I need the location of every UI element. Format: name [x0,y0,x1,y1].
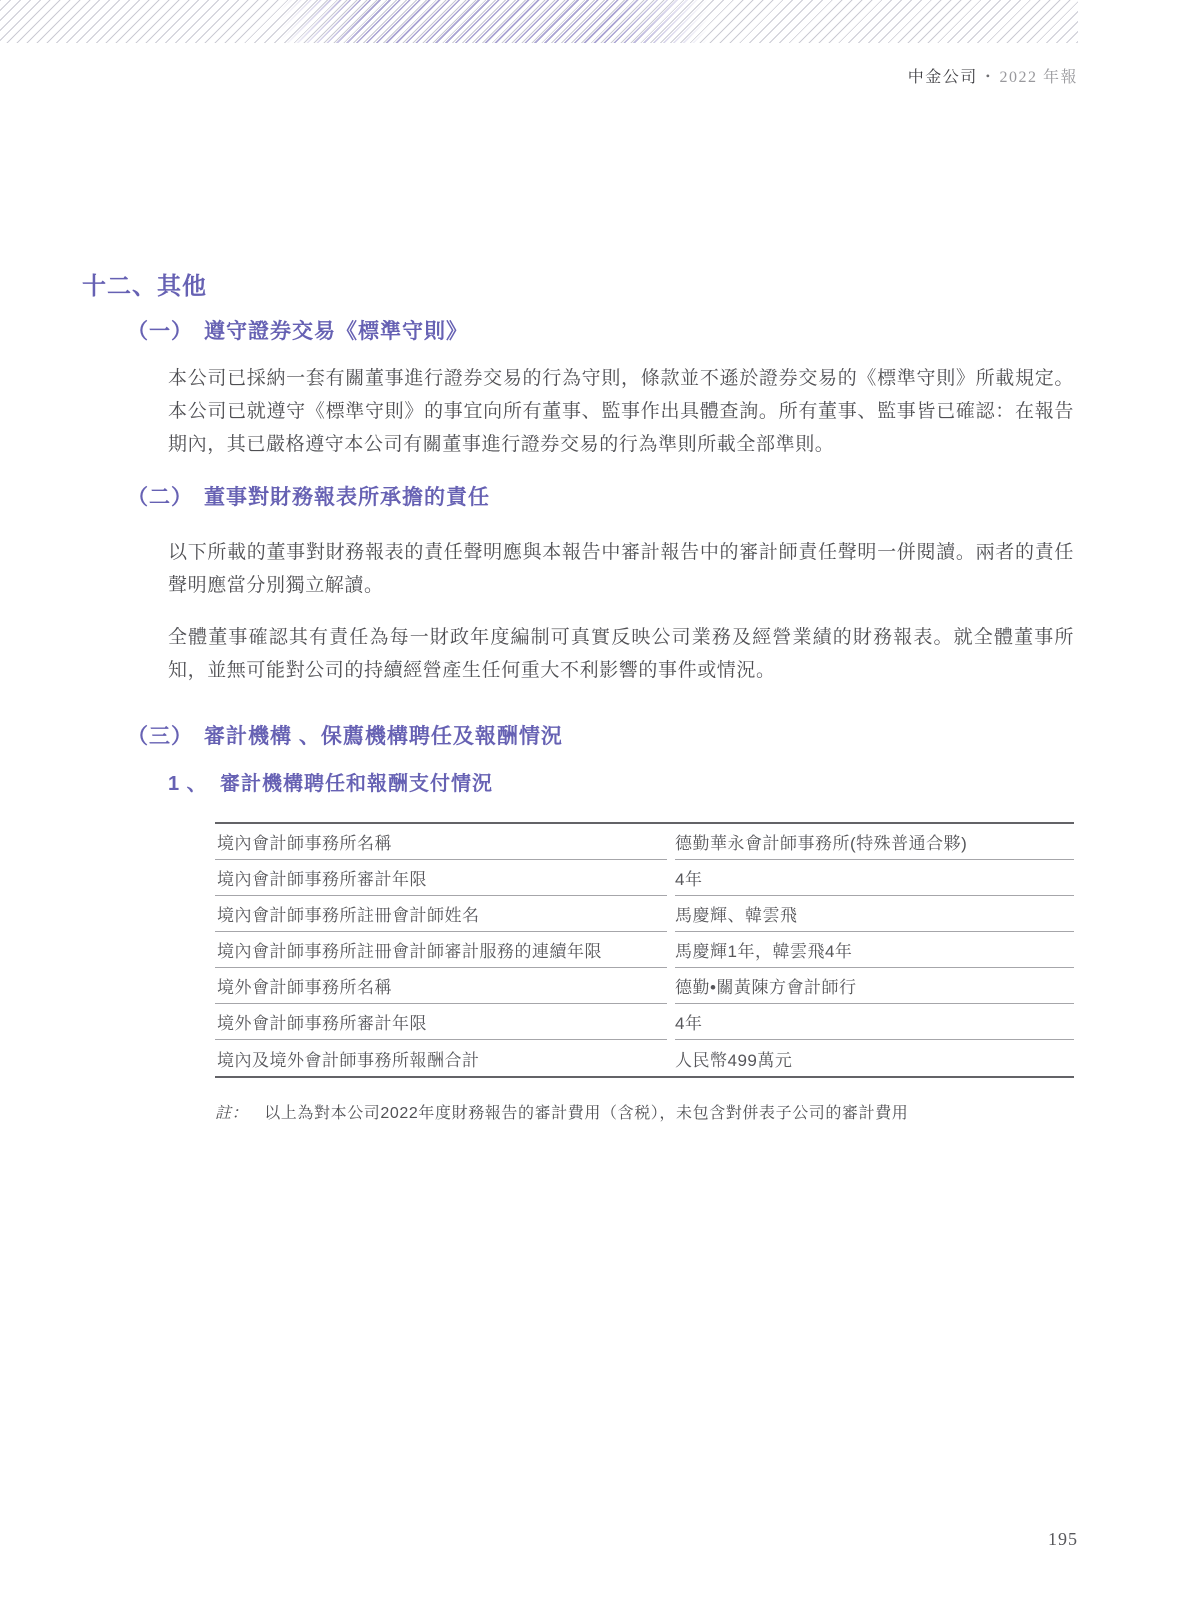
table-row-value: 馬慶輝1年，韓雲飛4年 [675,932,1074,968]
section2-paragraph-1: 以下所載的董事對財務報表的責任聲明應與本報告中審計報告中的審計師責任聲明一併閱讀… [168,536,1074,602]
decorative-hatch-band-purple [280,0,710,43]
report-edition: 2022 年報 [999,69,1078,86]
table-row-value: 馬慶輝、韓雲飛 [675,896,1074,932]
table-row: 境內會計師事務所註冊會計師審計服務的連續年限 馬慶輝1年，韓雲飛4年 [215,932,1074,968]
page-number: 195 [0,1529,1078,1550]
section2-number: （二） [127,481,193,511]
section1-number: （一） [127,315,193,345]
table-row-label: 境內會計師事務所註冊會計師姓名 [215,896,667,932]
section1-paragraph: 本公司已採納一套有關董事進行證券交易的行為守則，條款並不遜於證券交易的《標準守則… [168,362,1074,461]
footnote-label: 註： [215,1105,248,1122]
company-name: 中金公司 [908,69,978,86]
footnote-text: 以上為對本公司2022年度財務報告的審計費用（含税），未包含對併表子公司的審計費… [264,1105,908,1122]
section3-heading: （三） 審計機構 、保薦機構聘任及報酬情況 [127,720,563,750]
audit-firm-table: 境內會計師事務所名稱 德勤華永會計師事務所(特殊普通合夥) 境內會計師事務所審計… [215,822,1074,1078]
table-row: 境內及境外會計師事務所報酬合計 人民幣499萬元 [215,1040,1074,1076]
section2-heading: （二） 董事對財務報表所承擔的責任 [127,481,490,511]
table-row-value: 德勤華永會計師事務所(特殊普通合夥) [675,824,1074,860]
table-row-label: 境內會計師事務所審計年限 [215,860,667,896]
table-row: 境內會計師事務所註冊會計師姓名 馬慶輝、韓雲飛 [215,896,1074,932]
subsection1-heading: 1 、審計機構聘任和報酬支付情況 [168,767,493,796]
table-row: 境外會計師事務所審計年限 4年 [215,1004,1074,1040]
section1-heading: （一） 遵守證券交易《標準守則》 [127,315,468,345]
section1-title: 遵守證券交易《標準守則》 [204,315,468,345]
table-row-label: 境外會計師事務所名稱 [215,968,667,1004]
table-row-value: 4年 [675,860,1074,896]
table-row-value: 人民幣499萬元 [675,1040,1074,1076]
header-bullet-separator: • [986,69,992,83]
subsection1-title: 審計機構聘任和報酬支付情況 [220,773,493,795]
section2-paragraph-2: 全體董事確認其有責任為每一財政年度編制可真實反映公司業務及經營業績的財務報表。就… [168,621,1074,687]
table-footnote: 註：以上為對本公司2022年度財務報告的審計費用（含税），未包含對併表子公司的審… [215,1100,1075,1123]
table-row-value: 4年 [675,1004,1074,1040]
page-header: 中金公司•2022 年報 [0,64,1078,87]
table-row-value: 德勤•關黃陳方會計師行 [675,968,1074,1004]
table-row: 境外會計師事務所名稱 德勤•關黃陳方會計師行 [215,968,1074,1004]
table-row-label: 境外會計師事務所審計年限 [215,1004,667,1040]
decorative-hatch-band [0,0,1078,43]
section3-number: （三） [127,720,193,750]
table-row-label: 境內會計師事務所名稱 [215,824,667,860]
subsection1-number: 1 、 [168,767,220,796]
table-row-label: 境內及境外會計師事務所報酬合計 [215,1040,667,1076]
table-row: 境內會計師事務所審計年限 4年 [215,860,1074,896]
section3-title: 審計機構 、保薦機構聘任及報酬情況 [204,720,563,750]
main-section-title: 十二、其他 [82,266,207,301]
section2-title: 董事對財務報表所承擔的責任 [204,481,490,511]
table-row: 境內會計師事務所名稱 德勤華永會計師事務所(特殊普通合夥) [215,824,1074,860]
table-row-label: 境內會計師事務所註冊會計師審計服務的連續年限 [215,932,667,968]
